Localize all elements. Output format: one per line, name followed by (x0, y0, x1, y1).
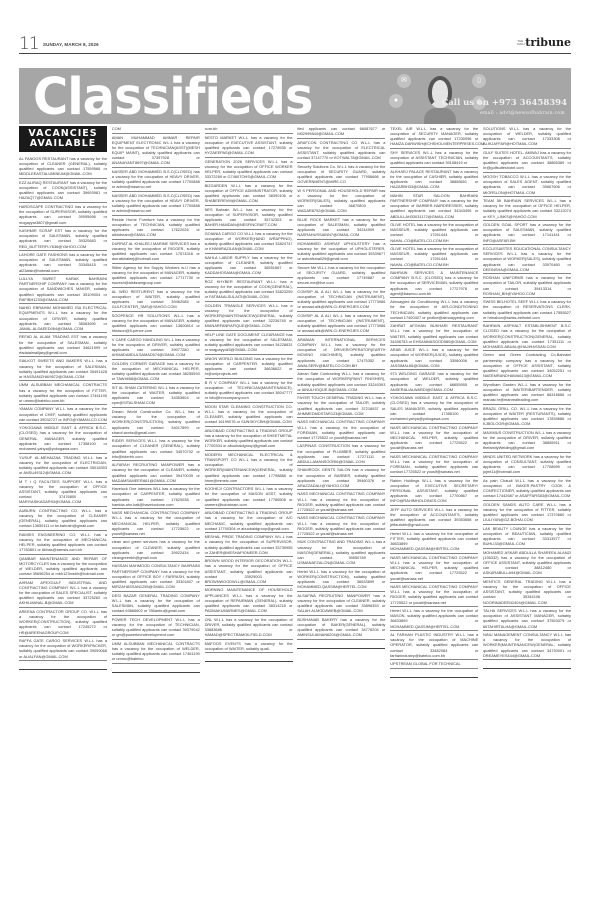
listing-item: ABUOBAID CONTRACTING & TRADING GROUP has… (205, 427, 293, 451)
listing-item: Almoayyed Air Conditioning W.L.L has a v… (390, 298, 478, 322)
listing-item: RAMSIS ENGINEERING CO. W.L.L has a vacan… (19, 531, 107, 555)
listing-item: NASS MECHANICAL CONTRACTING COMPANY W.L.… (297, 490, 385, 514)
listing-item: RIDER SERVICES W.L.L has a vacancy for t… (112, 437, 200, 461)
column-4: fied applicants can contact 66087677 or … (297, 126, 385, 649)
listing-item: BAHRAIN ASPHALT ESTABLISHMENT B.S.C CLOS… (483, 322, 571, 351)
listing-item: NASS MECHANICAL CONTRACTING COMPANY W.L.… (297, 418, 385, 442)
listing-item: As pain Chaudi W.L.L has a vacancy for t… (483, 477, 571, 501)
listing-item: LAK BEAUTY LOUNGE has a vacancy for the … (483, 525, 571, 549)
column-3: com.bhNESTO MARKET W.L.L has a vacancy f… (205, 126, 293, 662)
listing-item: ROSHAN UNIFORMS has a vacancy for the oc… (483, 274, 571, 298)
listing-item: MORNING MAINTENANCE OF HOUSEHOLD APPLIAN… (205, 586, 293, 615)
listing-item: AL FANOOS RESTAURANT has a vacancy for t… (19, 155, 107, 179)
listing-item: DESI BAZAR GENERAL TRADING COMPANY W.L.L… (112, 592, 200, 616)
listing-item: COMSIP AL A ALI W.L.L has a vacancy for … (297, 288, 385, 312)
listing-item: NASS MECHANICAL CONTRACTING COMPANY W.L.… (297, 514, 385, 538)
phone-icon: ▯ (472, 74, 486, 88)
listing-item: SIALKOT SWEETS AND BAKERS W.L.L has a va… (19, 357, 107, 381)
listing-item: KOOHEJI CONTRACTORS W.L.L has a vacancy … (205, 485, 293, 509)
call-number: Call us on +973 36458394 (441, 98, 567, 108)
listing-item: MUK CONTRACTING AND TRADING W.L.L has a … (297, 538, 385, 567)
listing-item: KASHMIR SCRAP EST has a vacancy for the … (19, 227, 107, 251)
listing-item: MOOSH TOBACCO W.L.L has a vacancy for th… (483, 173, 571, 197)
listing-item: UMM ALSUBBAN MECHANICAL CONTRACTS has a … (19, 381, 107, 405)
listing-item: SHAMROCK GENTS SALON has a vacancy for t… (297, 466, 385, 490)
listing-item: MOHAMED ASKAR ABDULLA SHAREEA ALANZI (19… (483, 549, 571, 578)
listing-item: NINU MANAGEMENT CONSULTANCY W.L.L has a … (483, 631, 571, 660)
listing-item: MOHAMMED ASHRAF UPHOLSTERY has a vacancy… (297, 240, 385, 264)
listing-item: W S PERSONAL AND HOUSEHOLD REPAIR has a … (297, 187, 385, 216)
listing-item: YOKOGAWA MIDDLE EAST & AFRICA B.S.C. (CL… (19, 424, 107, 453)
listing-item: HELP LINE GATE DOCUMENT CLEARANCE has a … (205, 331, 293, 355)
listing-item: EZZ ALIRAQ RESTAURANT has a vacancy for … (19, 179, 107, 203)
listing-item: SHY SERVICES W.L.L has a vacancy for the… (390, 149, 478, 168)
listing-item: LASPINAS CONSTRUCTION has a vacancy for … (297, 442, 385, 466)
listing-item: M T I Q FACILITIES SUPPORT W.L.L has a v… (19, 478, 107, 507)
listing-item: MESHAL PRIDE TRADING COMPANY W.L.L has a… (205, 533, 293, 557)
column-5: TEXEL AIR W.L.L has a vacancy for the oc… (390, 126, 478, 678)
listing-item: B R V COMPANY W.L.L has a vacancy for th… (205, 379, 293, 403)
listing-item: ARAFCON CONTRACTING CO W.L.L has a vacan… (297, 139, 385, 163)
masthead: 11 SUNDAY, MARCH 8, 2026 THE DAILYtribun… (19, 34, 571, 54)
listing-item: GENERATION 2026 SERVICES W.L.L has a vac… (205, 158, 293, 182)
avatar-illustration (414, 68, 466, 124)
listing-item: OLIVE HOTEL has a vacancy for the occupa… (390, 245, 478, 269)
listing-item: ROZ KHYBER RESTAURANT W.L.L has a vacanc… (205, 278, 293, 302)
listing-item: Security Solutions Co. W.L.L has a vacan… (297, 163, 385, 187)
listing-item: ALSAFWA RECRUITING MANPOWER has a vacanc… (297, 592, 385, 616)
listing-item: MENTICS GENERAL TRADING W.L.L has a vaca… (483, 578, 571, 607)
listing-item: ARAB JUICE W.L.L has a vacancy for the o… (390, 346, 478, 370)
listing-item: GOLDEN SANDS AUTO CARE W.L.L has a vacan… (483, 501, 571, 525)
classifieds-columns: VACANCIESAVAILABLE AL FANOOS RESTAURANT … (19, 126, 571, 856)
brand-logo: THE DAILYtribune (517, 36, 571, 49)
listing-item: NASS MECHANICAL CONTRACTING COMPANY W.L.… (390, 583, 478, 607)
listing-item: Hertel W.L.L has a vacancy for the occup… (390, 607, 478, 631)
listing-item: GOLDEN GOAL SPORT has a vacancy for the … (483, 221, 571, 245)
listing-item: NASS MECHANICAL CONTRACTING COMPANY W.L.… (390, 554, 478, 583)
listing-item: TEAM 58 BAHRAIN SERVICES W.L.L has a vac… (483, 197, 571, 221)
listing-item: BRAZIL GRILL CO. W.L.L has a vacancy for… (483, 405, 571, 429)
listing-item: ABUOBAID CONTRACTING & TRADING GROUP has… (205, 509, 293, 533)
listing-item: YOKOGAWA MIDDLE EAST & AFRICA B.S.C. (CL… (390, 394, 478, 423)
chat-icon: ● (389, 94, 403, 108)
listing-item: LAHORE GATE FASHIONS has a vacancy for t… (19, 251, 107, 275)
listing-item: Wyndham Garden W.L.L has a vacancy for t… (483, 381, 571, 405)
listing-item: BAHRAIN SERVICES & MAINTENANCE COMPANY B… (390, 269, 478, 298)
listing-item: Stiller Agency for the Supply Workers w.… (112, 264, 200, 288)
listing-item: NAHID EBRAHIM MOHAMED ISA ELECTRICAL EQU… (19, 304, 107, 333)
listing-item: NASSER ABD MOHAMMED B.S.C(CLOSED) has a … (112, 168, 200, 192)
listing-item: TALHA SERVICES W.L.L has a vacancy for t… (483, 607, 571, 631)
listing-item: SOLUTIONS W.L.L has a vacancy for the oc… (483, 126, 571, 149)
section-header: VACANCIESAVAILABLE (19, 126, 107, 152)
column-6: SOLUTIONS W.L.L has a vacancy for the oc… (483, 126, 571, 669)
listing-item: AREENA CONTRACTOR GROUP CO. W.L.L has a … (19, 608, 107, 637)
listing-item: AMAN MUHAMMAD AMMAR REPAIR EQUIPMENT ELE… (112, 134, 200, 168)
listing-item: NASS MECHANICAL CONTRACTING COMPANY W.L.… (390, 424, 478, 453)
listing-item: QAMBAR MAINTENANCE AND REPAIR OF MOTORCY… (19, 555, 107, 579)
listing-item: TEXEL AIR W.L.L has a vacancy for the oc… (390, 126, 478, 149)
listing-item: AUBURN CONTRACTING CO. W.L.L has a vacan… (19, 507, 107, 531)
listing-item: GOLDEN CORNER GARAGE has a vacancy for t… (112, 360, 200, 384)
listing-item: Secure Me W.L.L has a vacancy for the oc… (297, 264, 385, 288)
listing-item: ALKHARJ PALACE RESTAURANT has a vacancy … (390, 168, 478, 192)
issue-date: SUNDAY, MARCH 8, 2026 (43, 42, 99, 47)
listing-item: SIT AL SHAM CATERING W.L.L has a vacancy… (112, 384, 200, 408)
listing-item: REFAD AL ALAM TRADING EST has a vacancy … (19, 333, 107, 357)
listing-item: JEFF AUTO SERVICES W.L.L has a vacancy f… (390, 506, 478, 530)
listing-item: SOOPENCE HR SOLUTIONS W.L.L has a vacanc… (112, 312, 200, 336)
page-number: 11 (19, 34, 39, 54)
listing-item: COM (112, 126, 200, 134)
listing-item: ECCLESIASTES EDUCATIONAL CONSULTANCY SER… (483, 245, 571, 274)
listing-item: clean and green services has a vacancy f… (112, 538, 200, 562)
listing-item: CNL W.L.L has a vacancy for the occupati… (205, 616, 293, 640)
mail-icon: ✉ (397, 74, 411, 88)
listing-item: MAHIN STAR SALOON BAHRAINI PARTNERSHIP C… (390, 192, 478, 221)
listing-item: GOIANIA CARGO CO W.L.L has a vacancy for… (205, 230, 293, 254)
listing-item: NASS MECHANICAL CONTRACTING COMPANY W.L.… (390, 453, 478, 477)
listing-item: YUSUF AL-MEHAIZAA TRADING W.L.L has a va… (19, 454, 107, 478)
listing-item: MOON STAR CLEANING CONSTRUCTION CO. W.L.… (205, 403, 293, 427)
classifieds-banner: Classifieds ✉ ● ▯ ⊕ Call us on +973 3645… (19, 68, 571, 124)
listing-item: BLUE ROCK MARKET has a vacancy for the o… (297, 216, 385, 240)
listing-item: COMSIP AL A ALI W.L.L has a vacancy for … (297, 312, 385, 336)
listing-item: NES Bahrain W.L.L has a vacancy for the … (205, 206, 293, 230)
listing-item: com.bh (205, 126, 293, 134)
listing-item: OLIVE HOTEL has a vacancy for the occupa… (390, 221, 478, 245)
listing-item: 973 WELDING GARAGE has a vacancy for the… (390, 370, 478, 394)
listing-item: Rahim Holdings W.L.L has a vacancy for t… (390, 477, 478, 506)
listing-item: ARABIAN INTERNATIONAL SERVICES COMPANY W… (297, 336, 385, 370)
listing-item: POWER TECH DEVELOPMENT W.L.L has a vacan… (112, 616, 200, 640)
listing-item: UMM ALSUBBAN MECHANICAL CONTRACTS has a … (112, 640, 200, 664)
listing-item: ZAHRAT AFGHAN BUKHARI RESTAURANT W.L.L h… (390, 322, 478, 346)
listing-item: Hertel W.L.L has a vacancy for the occup… (390, 530, 478, 554)
listing-item: Adnan Sate Contracting W.L.L has a vacan… (297, 370, 385, 394)
listing-item: AHRAM APEXGULF INDUSTRIAL AND CONTRACTIN… (19, 579, 107, 608)
listing-item: RAFFA GATE CARGO SERVICES W.L.L has a va… (19, 637, 107, 661)
banner-title: Classifieds (33, 68, 312, 124)
listing-item: AL FARHAN PLASTIC INDUSTRY W.L.L has a v… (390, 631, 478, 660)
listing-item: MAXIMUS CONSTRUCTION W.L.L has a vacancy… (483, 429, 571, 453)
listing-item: NESTO MARKET W.L.L has a vacancy for the… (205, 134, 293, 158)
listing-item: UPSTREAM GLOBAL FOR TECHNICAL (390, 660, 478, 669)
listing-item: MAFOOS EVENTS has a vacancy for the occu… (205, 640, 293, 654)
listing-item: DURRAT AL KHALEEJ MARINE SERVICES has a … (112, 240, 200, 264)
listing-item: NAHLA LABOR SUPPLY has a vacancy for the… (205, 254, 293, 278)
listing-item: AL WED RESTURENT has a vacancy for the o… (112, 288, 200, 312)
listing-item: BROWN WOOD INTERIOR DECORATION W.L.L has… (205, 557, 293, 586)
listing-item: BUSHANAB BAKERY has a vacancy for the oc… (297, 616, 385, 640)
listing-item: MODERN MECHANICAL ELECTRICAL & TRANSPORT… (205, 451, 293, 485)
brand-name: tribune (525, 36, 571, 49)
listing-item: ALFARAH RECRUITING MANPOWER has a vacanc… (112, 461, 200, 485)
listing-item: Hertel W.L.L has a vacancy for the occup… (297, 568, 385, 592)
listing-item: Dream World Construction Co. W.L.L has a… (112, 408, 200, 437)
listing-item: Havelock One Interiors WLL has a vacancy… (112, 485, 200, 509)
column-1: VACANCIESAVAILABLE AL FANOOS RESTAURANT … (19, 126, 107, 670)
listing-item: Reside Home Furniture has a vacancy for … (112, 216, 200, 240)
listing-item: SWISS BELHOTEL SEEF W.L.L has a vacancy … (483, 298, 571, 322)
listing-item: fied applicants can contact 66087677 or … (297, 126, 385, 139)
listing-item: YAMAN COMPANY W.L.L has a vacancy for th… (19, 405, 107, 424)
contact-email: email : advt@newsofbahrain.com (480, 111, 565, 116)
listing-item: BIZGARDEN W.L.L has a vacancy for the oc… (205, 182, 293, 206)
listing-item: UNION WORLD BUILDING has a vacancy for t… (205, 355, 293, 379)
listing-item: HASSAN MAHMOOD CONSULTANCY BAHRAINI PART… (112, 562, 200, 591)
listing-item: GULF SUITES HOTEL- AMWAJ has a vacancy f… (483, 149, 571, 173)
listing-item: MINDS UNITED NETWORK has a vacancy for t… (483, 453, 571, 477)
listing-item: Green and Green Contracting Co.Bahraini … (483, 351, 571, 380)
listing-item: V CARE CARGO HANDLING W.L.L has a vacanc… (112, 336, 200, 360)
listing-item: FAYER TOUCH GENERAL TRADING W.L.L has a … (297, 394, 385, 418)
listing-item: NASS MECHANICAL CONTRACTING COMPANY W.L.… (112, 509, 200, 538)
listing-item: LULLYA SWEET KARAK BAHRAINI PARTNERSHIP … (19, 275, 107, 304)
column-2: COMAMAN MUHAMMAD AMMAR REPAIR EQUIPMENT … (112, 126, 200, 673)
listing-item: HARDSCAPE CONTRACTING has a vacancy for … (19, 203, 107, 227)
listing-item: GOLDEN TRIANGLE SERVICES W.L.L has a vac… (205, 302, 293, 331)
listing-item: NASSER ABD MOHAMMED B.S.C(CLOSED) has a … (112, 192, 200, 216)
